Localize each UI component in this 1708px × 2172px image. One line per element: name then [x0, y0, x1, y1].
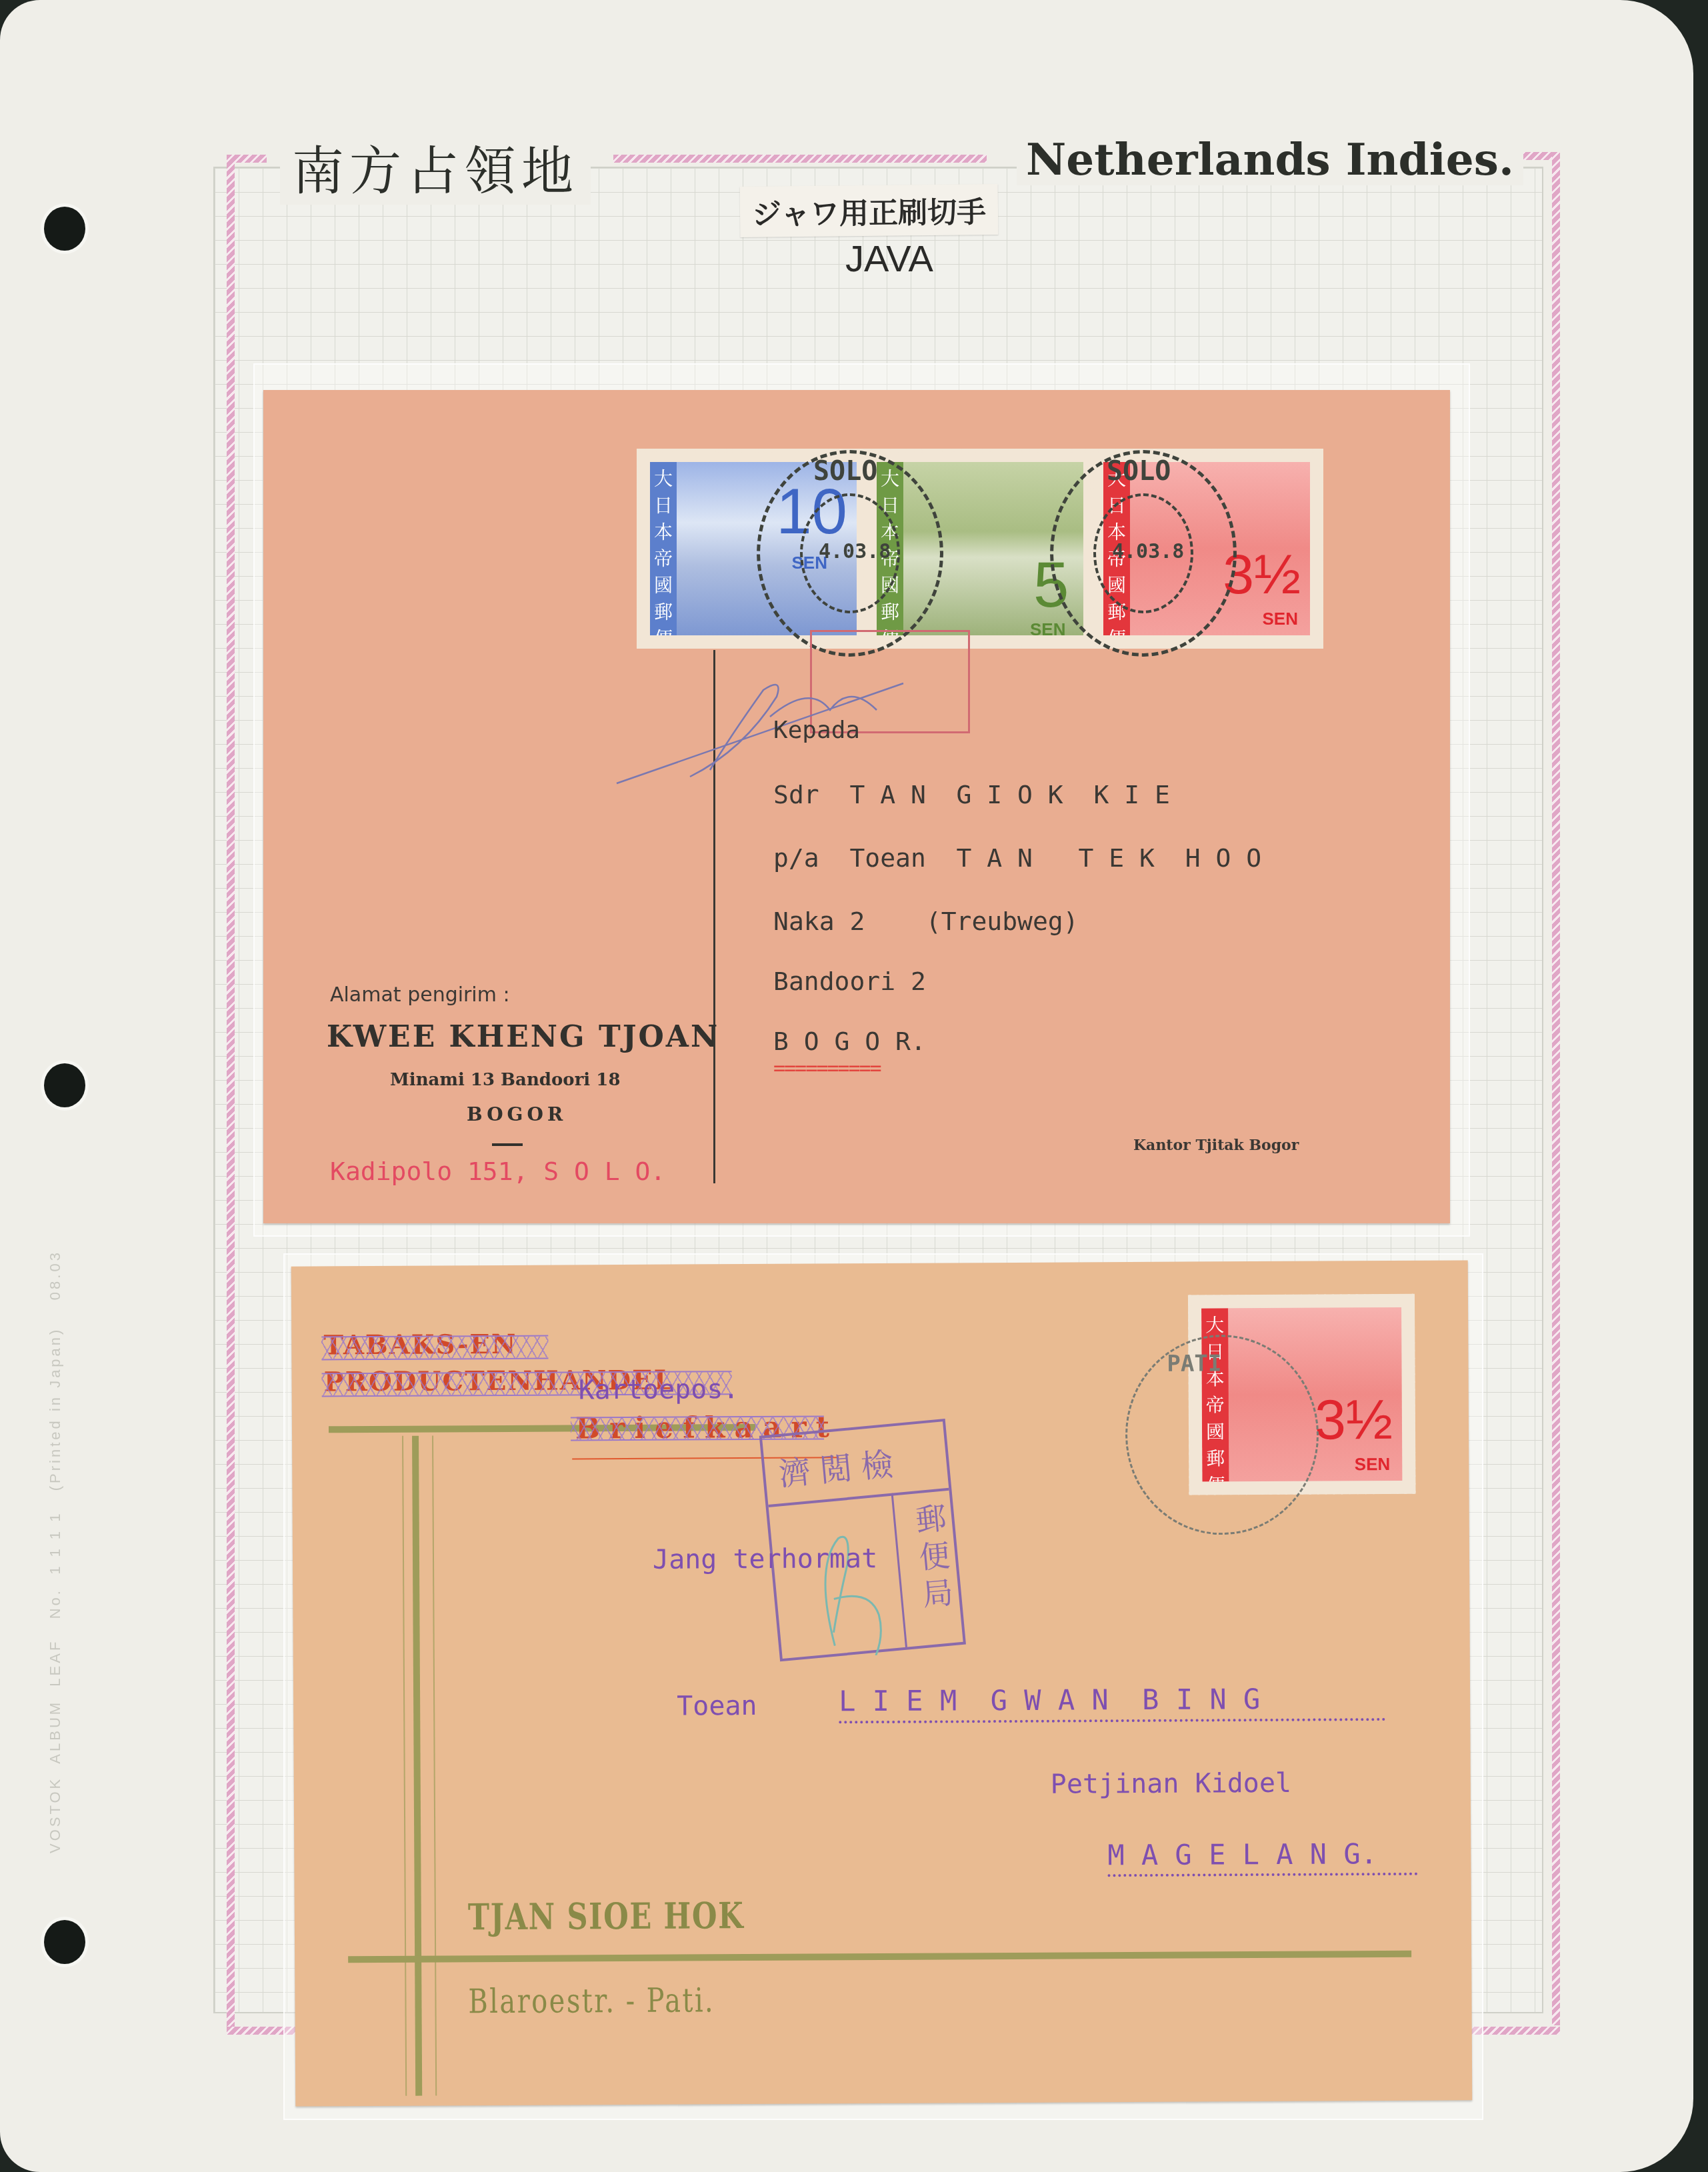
- recipient-prefix: Toean: [677, 1691, 757, 1722]
- recipient-underline: ==========: [773, 1057, 881, 1080]
- recipient-salutation: Kepada: [773, 717, 860, 744]
- printer-imprint: Kantor Tjitak Bogor: [1133, 1137, 1299, 1154]
- ornament-vertical: [412, 1436, 422, 2096]
- page-title-japanese: 南方占領地: [280, 130, 591, 205]
- pink-border-top-middle: [613, 155, 987, 163]
- recipient-city: M A G E L A N G.: [1107, 1837, 1377, 1871]
- recipient-city-underline: [1108, 1873, 1418, 1877]
- heading-strikeout: [321, 1335, 548, 1361]
- postmark-date: 4.03.8: [1112, 540, 1184, 563]
- sender-typed-address: Kadipolo 151, S O L O.: [330, 1157, 665, 1186]
- recipient-line-3: Naka 2 (Treubweg): [773, 907, 1079, 936]
- sender-address: Blaroestr. - Pati.: [468, 1981, 715, 2021]
- recipient-line-1: Sdr T A N G I O K K I E: [773, 780, 1170, 809]
- censor-handstamp: 濟閲檢 郵便局: [759, 1419, 966, 1661]
- pink-border-top-left: [227, 155, 267, 163]
- recipient-street: Petjinan Kidoel: [1051, 1768, 1291, 1800]
- sender-rule: [492, 1143, 523, 1146]
- censor-signature: [610, 643, 917, 790]
- postmark-town: SOLO: [813, 456, 877, 487]
- binder-hole: [44, 1920, 85, 1964]
- recipient-name: L I E M G W A N B I N G: [839, 1683, 1260, 1717]
- pink-border-left: [227, 155, 235, 2035]
- sender-name: TJAN SIOE HOK: [468, 1894, 745, 1938]
- page-title-english: Netherlands Indies.: [1017, 133, 1523, 185]
- stamp-unit: SEN: [1030, 619, 1065, 635]
- postmark-solo: SOLO 4.03.8: [757, 450, 943, 657]
- postmark-pati: PATI: [1125, 1335, 1319, 1536]
- stamp-value: 3½: [1315, 1387, 1393, 1453]
- censor-side-text: 郵便局: [905, 1501, 959, 1617]
- postmark-town: SOLO: [1107, 456, 1171, 487]
- pink-border-right: [1552, 152, 1560, 2025]
- leaf-corner: [0, 2132, 40, 2172]
- binder-hole: [44, 1063, 85, 1107]
- recipient-greeting: Jang terhormat: [653, 1543, 877, 1575]
- sender-address: Minami 13 Bandoori 18: [390, 1070, 620, 1090]
- postmark-town: PATI: [1167, 1350, 1221, 1377]
- postmark-solo: SOLO 4.03.8: [1050, 450, 1237, 657]
- recipient-city: B O G O R.: [773, 1027, 926, 1056]
- postcard-2: TABAKS-EN PRODUCTENHANDEL Kartoepos. Bri…: [291, 1260, 1473, 2106]
- recipient-line-2: p/a Toean T A N T E K H O O: [773, 843, 1261, 873]
- ornament-vertical: [432, 1436, 437, 2096]
- sender-city: BOGOR: [467, 1103, 567, 1125]
- censor-initial: [797, 1520, 903, 1661]
- ornament-rule: [348, 1951, 1411, 1963]
- ornament-vertical: [402, 1436, 407, 2096]
- postcard-1: 大日本帝國郵便 10 SEN 大日本帝國郵便 5 SEN 大日本帝國郵便 3½ …: [263, 390, 1450, 1223]
- sender-name: KWEE KHENG TJOAN: [327, 1020, 719, 1054]
- recipient-line-4: Bandoori 2: [773, 967, 926, 996]
- subtitle-label: ジャワ用正刷切手: [740, 184, 999, 237]
- stamp-unit: SEN: [1263, 609, 1298, 629]
- leaf-corner: [0, 0, 40, 40]
- binder-hole: [44, 207, 85, 251]
- sender-label: Alamat pengirim :: [330, 983, 510, 1007]
- stamp-inscription: 大日本帝國郵便: [650, 462, 677, 635]
- stamp-unit: SEN: [1355, 1454, 1391, 1475]
- album-imprint: VOSTOK ALBUM LEAF No. 1 1 1 1 (Printed i…: [47, 1250, 64, 1853]
- censor-top-text: 濟閲檢: [777, 1437, 905, 1495]
- postmark-date: 4.03.8: [819, 540, 891, 563]
- card-type-typed: Kartoepos.: [579, 1374, 739, 1405]
- recipient-name-underline: [839, 1718, 1385, 1723]
- subtitle: JAVA: [845, 237, 933, 280]
